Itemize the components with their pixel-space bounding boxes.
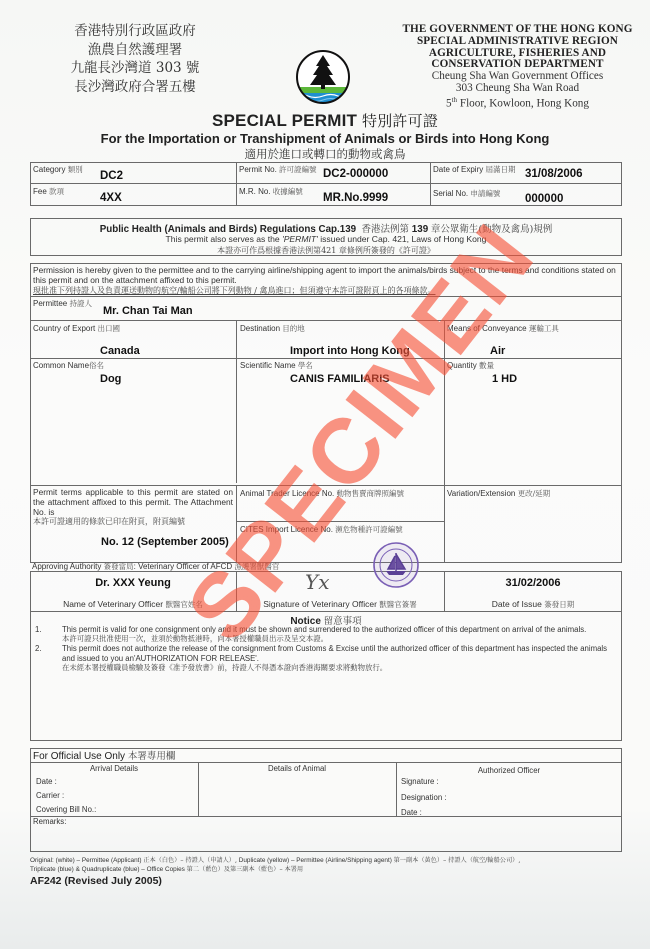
- cites-import-licence-label: CITES Import Licence No. 瀕危物種許可證編號: [240, 524, 403, 535]
- notice-item-text-cn: 本許可證只批准使用一次，並須於動物抵港時，向本署授權職員出示及呈交本證。: [62, 634, 617, 644]
- permittee-label: Permittee 持證人: [33, 298, 92, 309]
- arrival-date-label: Date :: [36, 777, 57, 786]
- attachment-text: Permit terms applicable to this permit a…: [33, 487, 233, 517]
- tree-logo-icon: [293, 47, 353, 107]
- header-address-line: 303 Cheung Sha Wan Road: [390, 83, 645, 95]
- department-header-cn: 香港特別行政區政府 漁農自然護理署 九龍長沙灣道 303 號 長沙灣政府合署五樓: [70, 22, 200, 96]
- variation-extension-label: Variation/Extension 更改/延期: [447, 488, 550, 499]
- header-cn-line: 長沙灣政府合署五樓: [70, 78, 200, 97]
- scientific-name-value: CANIS FAMILIARIS: [290, 373, 390, 385]
- fee-value: 4XX: [100, 192, 122, 204]
- attachment-no-value: No. 12 (September 2005): [101, 536, 229, 548]
- animal-trader-licence-label: Animal Trader Licence No. 動物售賣商牌照編號: [240, 488, 404, 499]
- attachment-text-cn: 本許可證適用的條款已印在附頁，附頁編號: [33, 517, 233, 527]
- date-of-issue-value: 31/02/2006: [444, 577, 622, 589]
- country-of-export-label: Country of Export 出口國: [33, 323, 120, 334]
- page-subtitle-cn: 適用於進口或轉口的動物或禽鳥: [0, 146, 650, 162]
- header-cn-line: 九龍長沙灣道 303 號: [70, 59, 200, 78]
- mr-no-label: M.R. No. 收據編號: [239, 186, 303, 197]
- permission-text: Permission is hereby given to the permit…: [33, 265, 618, 285]
- notice-item-text-cn: 在未經本署授權職員檢驗及簽發《准予發放書》前，持證人不得憑本證向香港海關要求將動…: [62, 663, 617, 673]
- officer-date-label: Date :: [401, 808, 422, 817]
- remarks-label: Remarks:: [33, 817, 66, 826]
- regulation-line3: 本證亦可作爲根據香港法例第421 章條例所簽發的《許可證》: [30, 245, 622, 256]
- fee-label: Fee 款項: [33, 186, 64, 197]
- permittee-value: Mr. Chan Tai Man: [103, 305, 193, 317]
- officer-signature: Yx: [305, 570, 329, 594]
- permit-no-value: DC2-000000: [323, 168, 388, 180]
- officer-name-value: Dr. XXX Yeung: [30, 577, 236, 589]
- common-name-value: Dog: [100, 373, 121, 385]
- authorized-officer-heading: Authorized Officer: [396, 766, 622, 775]
- form-number: AF242 (Revised July 2005): [30, 875, 162, 887]
- copies-distribution: Original: (white) – Permittee (Applicant…: [30, 856, 640, 874]
- officer-name-label: Name of Veterinary Officer 獸醫官姓名: [30, 599, 236, 610]
- regulation-line1: Public Health (Animals and Birds) Regula…: [30, 221, 622, 235]
- regulation-line2: This permit also serves as the 'PERMIT' …: [30, 234, 622, 244]
- means-of-conveyance-label: Means of Conveyance 運輸工具: [447, 323, 559, 334]
- officer-designation-label: Designation :: [401, 793, 447, 802]
- header-en-line: SPECIAL ADMINISTRATIVE REGION: [390, 36, 645, 48]
- scientific-name-label: Scientific Name 學名: [240, 360, 313, 371]
- page-subtitle: For the Importation or Transhipment of A…: [0, 131, 650, 146]
- quantity-value: 1 HD: [492, 373, 517, 385]
- serial-no-value: 000000: [525, 193, 563, 205]
- expiry-value: 31/08/2006: [525, 168, 583, 180]
- header-cn-line: 漁農自然護理署: [70, 41, 200, 60]
- common-name-label: Common Name俗名: [33, 360, 104, 371]
- header-cn-line: 香港特別行政區政府: [70, 22, 200, 41]
- serial-no-label: Serial No. 申請編號: [433, 188, 500, 199]
- notice-item-number: 2.: [35, 644, 42, 654]
- destination-value: Import into Hong Kong: [290, 345, 410, 357]
- details-of-animal-heading: Details of Animal: [198, 764, 396, 773]
- country-of-export-value: Canada: [100, 345, 140, 357]
- department-header-en: THE GOVERNMENT OF THE HONG KONG SPECIAL …: [390, 24, 645, 110]
- signature-label: Signature of Veterinary Officer 獸醫官簽署: [236, 599, 444, 610]
- notice-item-text: This permit does not authorize the relea…: [62, 644, 617, 664]
- category-label: Category 類別: [33, 164, 83, 175]
- header-address-line: 5th Floor, Kowloon, Hong Kong: [390, 95, 645, 111]
- expiry-label: Date of Expiry 屆滿日期: [433, 164, 515, 175]
- permit-no-label: Permit No. 許可證編號: [239, 164, 317, 175]
- mr-no-value: MR.No.9999: [323, 192, 388, 204]
- date-of-issue-label: Date of Issue 簽發日期: [444, 599, 622, 610]
- officer-signature-label: Signature :: [401, 777, 439, 786]
- arrival-details-heading: Arrival Details: [30, 764, 198, 773]
- official-use-title: For Official Use Only 本署專用欄: [33, 748, 175, 762]
- destination-label: Destination 目的地: [240, 323, 305, 334]
- quantity-label: Quantity 數量: [447, 360, 494, 371]
- covering-bill-label: Covering Bill No.:: [36, 805, 96, 814]
- official-seal-icon: [372, 541, 420, 589]
- permission-text-cn: 現批准下列持證人及負責運送動物的航空/輪船公司將下列動物 / 禽鳥進口；但須遵守…: [33, 286, 618, 296]
- notice-item-number: 1.: [35, 625, 42, 635]
- category-value: DC2: [100, 170, 123, 182]
- arrival-carrier-label: Carrier :: [36, 791, 64, 800]
- means-of-conveyance-value: Air: [490, 345, 505, 357]
- page-title: SPECIAL PERMIT 特別許可證: [0, 110, 650, 131]
